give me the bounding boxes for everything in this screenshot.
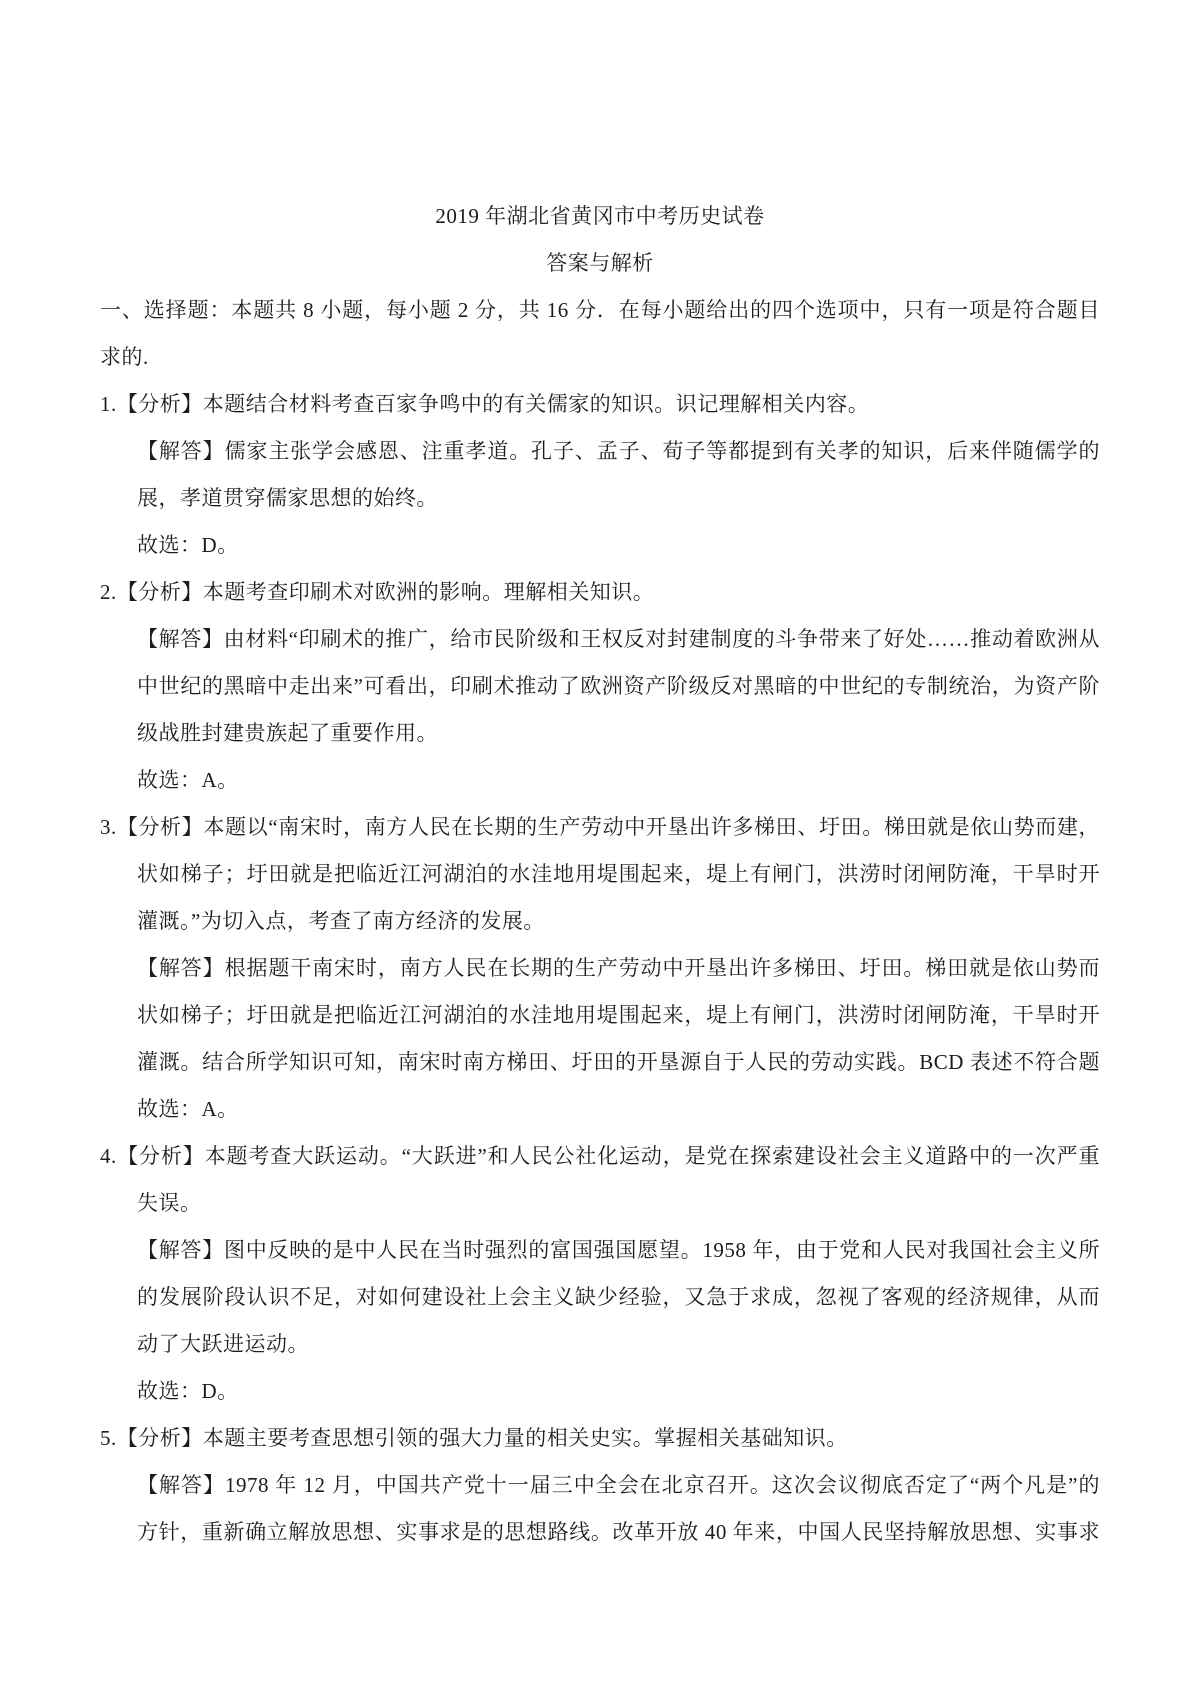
text-line: 一、选择题：本题共 8 小题，每小题 2 分，共 16 分．在每小题给出的四个选…	[0, 287, 1200, 334]
text-line: 【解答】儒家主张学会感恩、注重孝道。孔子、孟子、荀子等都提到有关孝的知识，后来伴…	[0, 428, 1200, 475]
text-line: 求的.	[0, 334, 1200, 381]
text-line: 故选：A。	[0, 757, 1200, 804]
text-line: 的发展阶段认识不足，对如何建设社上会主义缺少经验，又急于求成，忽视了客观的经济规…	[0, 1274, 1200, 1321]
text-line: 4.【分析】本题考查大跃运动。“大跃进”和人民公社化运动，是党在探索建设社会主义…	[0, 1133, 1200, 1180]
text-line: 级战胜封建贵族起了重要作用。	[0, 710, 1200, 757]
text-line: 1.【分析】本题结合材料考查百家争鸣中的有关儒家的知识。识记理解相关内容。	[0, 381, 1200, 428]
text-line: 灌溉。”为切入点，考查了南方经济的发展。	[0, 898, 1200, 945]
text-line: 2.【分析】本题考查印刷术对欧洲的影响。理解相关知识。	[0, 569, 1200, 616]
text-line: 方针，重新确立解放思想、实事求是的思想路线。改革开放 40 年来，中国人民坚持解…	[0, 1509, 1200, 1556]
text-line: 故选：D。	[0, 1368, 1200, 1415]
document-subtitle: 答案与解析	[0, 240, 1200, 287]
text-line: 5.【分析】本题主要考查思想引领的强大力量的相关史实。掌握相关基础知识。	[0, 1415, 1200, 1462]
text-line: 状如梯子；圩田就是把临近江河湖泊的水洼地用堤围起来，堤上有闸门，洪涝时闭闸防淹，…	[0, 851, 1200, 898]
document-page: 2019 年湖北省黄冈市中考历史试卷 答案与解析 一、选择题：本题共 8 小题，…	[0, 0, 1200, 1698]
text-line: 动了大跃进运动。	[0, 1321, 1200, 1368]
text-line: 【解答】根据题干南宋时，南方人民在长期的生产劳动中开垦出许多梯田、圩田。梯田就是…	[0, 945, 1200, 992]
text-line: 中世纪的黑暗中走出来”可看出，印刷术推动了欧洲资产阶级反对黑暗的中世纪的专制统治…	[0, 663, 1200, 710]
document-content: 2019 年湖北省黄冈市中考历史试卷 答案与解析 一、选择题：本题共 8 小题，…	[0, 193, 1200, 1556]
text-line: 失误。	[0, 1180, 1200, 1227]
text-line: 【解答】由材料“印刷术的推广，给市民阶级和王权反对封建制度的斗争带来了好处……推…	[0, 616, 1200, 663]
text-line: 【解答】1978 年 12 月，中国共产党十一届三中全会在北京召开。这次会议彻底…	[0, 1462, 1200, 1509]
text-line: 故选：A。	[0, 1086, 1200, 1133]
document-body: 一、选择题：本题共 8 小题，每小题 2 分，共 16 分．在每小题给出的四个选…	[0, 287, 1200, 1556]
text-line: 3.【分析】本题以“南宋时，南方人民在长期的生产劳动中开垦出许多梯田、圩田。梯田…	[0, 804, 1200, 851]
text-line: 灌溉。结合所学知识可知，南宋时南方梯田、圩田的开垦源自于人民的劳动实践。BCD …	[0, 1039, 1200, 1086]
text-line: 状如梯子；圩田就是把临近江河湖泊的水洼地用堤围起来，堤上有闸门，洪涝时闭闸防淹，…	[0, 992, 1200, 1039]
text-line: 展，孝道贯穿儒家思想的始终。	[0, 475, 1200, 522]
text-line: 【解答】图中反映的是中人民在当时强烈的富国强国愿望。1958 年，由于党和人民对…	[0, 1227, 1200, 1274]
document-title: 2019 年湖北省黄冈市中考历史试卷	[0, 193, 1200, 240]
text-line: 故选：D。	[0, 522, 1200, 569]
